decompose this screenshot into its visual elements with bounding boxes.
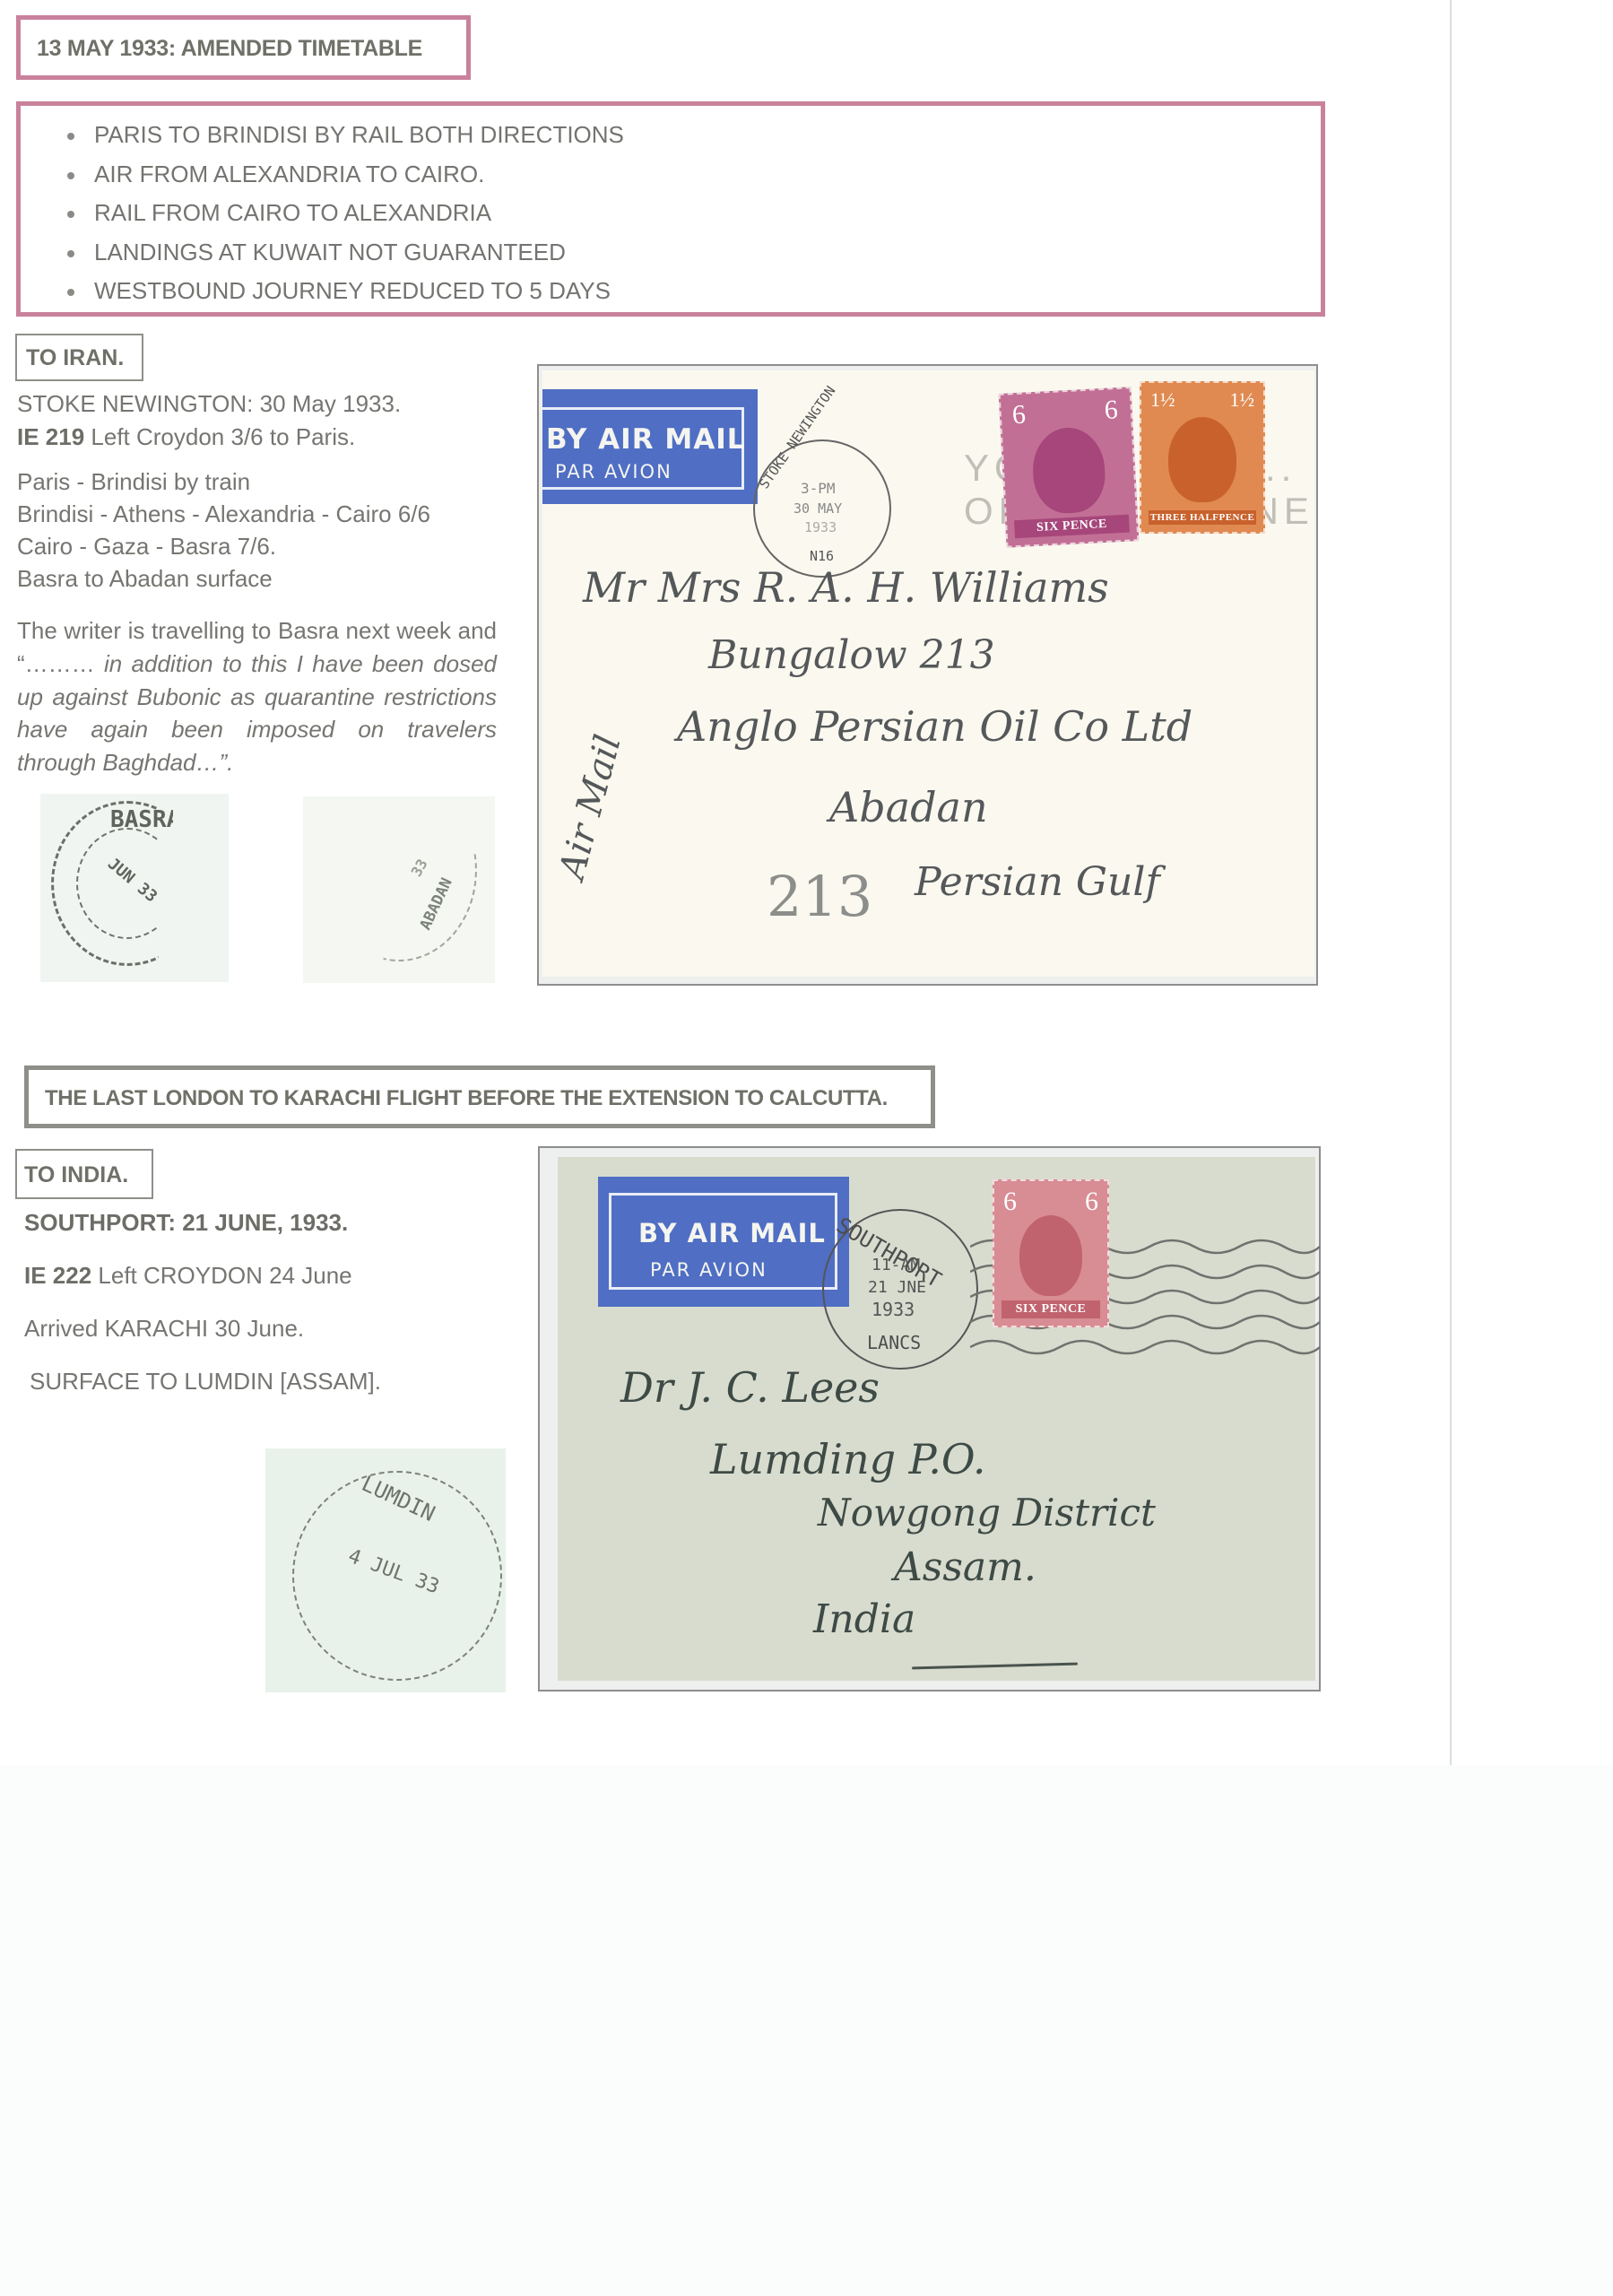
iran-origin: STOKE NEWINGTON: 30 May 1933. (17, 387, 501, 421)
king-portrait-icon (1168, 417, 1236, 502)
list-item: PARIS TO BRINDISI BY RAIL BOTH DIRECTION… (65, 116, 624, 155)
page-bottom-margin (0, 1765, 1613, 2296)
postmark-time: 3-PM (801, 480, 836, 497)
address-line: Lumding P.O. (710, 1435, 986, 1483)
stamp-label: SIX PENCE (1014, 515, 1130, 539)
karachi-flight-title-box: THE LAST LONDON TO KARACHI FLIGHT BEFORE… (24, 1065, 935, 1128)
postmark-district: N16 (810, 548, 834, 564)
timetable-changes-box: PARIS TO BRINDISI BY RAIL BOTH DIRECTION… (16, 101, 1325, 317)
stamp-three-halfpence: 1½ 1½ THREE HALFPENCE (1140, 381, 1265, 534)
address-line: Bungalow 213 (708, 632, 995, 678)
stamp-value: 6 (1011, 399, 1027, 430)
india-flight: IE 222 Left CROYDON 24 June (24, 1262, 381, 1315)
iran-cover: BY AIR MAIL PAR AVION STOKE NEWINGTON 3-… (542, 370, 1314, 977)
timetable-changes-list: PARIS TO BRINDISI BY RAIL BOTH DIRECTION… (65, 116, 624, 311)
india-origin: SOUTHPORT: 21 JUNE, 1933. (24, 1209, 348, 1236)
flight-code: IE 219 (17, 423, 84, 450)
address-line: Assam. (894, 1544, 1036, 1590)
timetable-title: 13 MAY 1933: AMENDED TIMETABLE (37, 36, 422, 62)
postmark-time: 11-AM (872, 1256, 920, 1274)
airmail-label: BY AIR MAIL PAR AVION (598, 1177, 849, 1307)
airmail-label-line2: PAR AVION (555, 461, 672, 483)
king-portrait-icon (1031, 426, 1107, 515)
iran-description: STOKE NEWINGTON: 30 May 1933. IE 219 Lef… (17, 387, 501, 595)
iran-letter-note: The writer is travelling to Basra next w… (17, 614, 497, 779)
india-surface: SURFACE TO LUMDIN [ASSAM]. (24, 1368, 381, 1421)
airmail-label: BY AIR MAIL PAR AVION (542, 389, 758, 504)
route-line: Paris - Brindisi by train (17, 465, 501, 498)
address-line: Anglo Persian Oil Co Ltd (677, 702, 1192, 751)
address-line: Abadan (829, 783, 988, 831)
india-tag-box: TO INDIA. (15, 1149, 153, 1199)
flight-code: IE 222 (24, 1262, 91, 1289)
postmark-district: LANCS (867, 1332, 921, 1353)
stamp-value: 1½ (1150, 388, 1175, 412)
abadan-backstamp-thumbnail: ABADAN 33 (303, 796, 495, 983)
postmark-year: 1933 (804, 519, 837, 535)
iran-tag: TO IRAN. (26, 345, 124, 371)
route-line: Brindisi - Athens - Alexandria - Cairo 6… (17, 498, 501, 530)
list-item: WESTBOUND JOURNEY REDUCED TO 5 DAYS (65, 272, 624, 311)
route-line: Cairo - Gaza - Basra 7/6. (17, 530, 501, 562)
address-line: India (813, 1596, 915, 1642)
iran-tag-box: TO IRAN. (15, 334, 143, 381)
iran-flight: IE 219 Left Croydon 3/6 to Paris. (17, 421, 501, 454)
postmark-year: 1933 (872, 1299, 915, 1320)
karachi-flight-title: THE LAST LONDON TO KARACHI FLIGHT BEFORE… (45, 1086, 888, 1111)
underline-stroke (912, 1663, 1078, 1670)
stamp-label: SIX PENCE (1002, 1300, 1100, 1318)
timetable-title-box: 13 MAY 1933: AMENDED TIMETABLE (16, 15, 471, 80)
lumdin-backstamp-thumbnail: LUMDIN 4 JUL 33 (265, 1448, 506, 1692)
airmail-label-line2: PAR AVION (650, 1259, 767, 1281)
india-tag: TO INDIA. (24, 1162, 128, 1188)
airmail-label-line1: BY AIR MAIL (638, 1218, 826, 1248)
india-cover: BY AIR MAIL PAR AVION SOUTHPORT 11-AM 21… (558, 1157, 1315, 1681)
iran-cover-mount: BY AIR MAIL PAR AVION STOKE NEWINGTON 3-… (537, 364, 1318, 986)
stamp-value: 1½ (1230, 388, 1255, 412)
stamp-label: THREE HALFPENCE (1149, 510, 1256, 525)
postmark-date: 30 MAY (793, 500, 842, 517)
flight-text: Left CROYDON 24 June (91, 1262, 351, 1289)
stamp-value: 6 (1085, 1187, 1098, 1217)
india-arrived: Arrived KARACHI 30 June. (24, 1315, 381, 1368)
postmark-date: 21 JNE (868, 1278, 926, 1297)
stamp-six-pence: 6 6 SIX PENCE (999, 387, 1140, 548)
flight-text: Left Croydon 3/6 to Paris. (84, 423, 355, 450)
route-line: Basra to Abadan surface (17, 562, 501, 595)
stamp-value: 6 (1104, 395, 1119, 426)
list-item: LANDINGS AT KUWAIT NOT GUARANTEED (65, 233, 624, 273)
backstamp-label: BASRA (110, 806, 173, 833)
india-cover-mount: BY AIR MAIL PAR AVION SOUTHPORT 11-AM 21… (538, 1146, 1321, 1692)
page-edge (1450, 0, 1452, 1765)
address-line: Persian Gulf (915, 859, 1160, 905)
basra-backstamp-thumbnail: BASRA JUN 33 (40, 794, 229, 982)
king-portrait-icon (1019, 1215, 1082, 1296)
stamp-six-pence: 6 6 SIX PENCE (993, 1179, 1109, 1327)
pencil-note: 213 (767, 864, 872, 929)
airmail-label-line1: BY AIR MAIL (546, 423, 746, 456)
list-item: AIR FROM ALEXANDRIA TO CAIRO. (65, 155, 624, 195)
address-line: Dr J. C. Lees (620, 1363, 880, 1412)
address-line: Nowgong District (818, 1491, 1156, 1535)
list-item: RAIL FROM CAIRO TO ALEXANDRIA (65, 194, 624, 233)
address-line: Mr Mrs R. A. H. Williams (583, 563, 1109, 612)
stamp-value: 6 (1003, 1187, 1017, 1217)
india-description: SOUTHPORT: 21 JUNE, 1933. IE 222 Left CR… (24, 1209, 381, 1421)
air-mail-annotation: Air Mail (551, 731, 629, 883)
